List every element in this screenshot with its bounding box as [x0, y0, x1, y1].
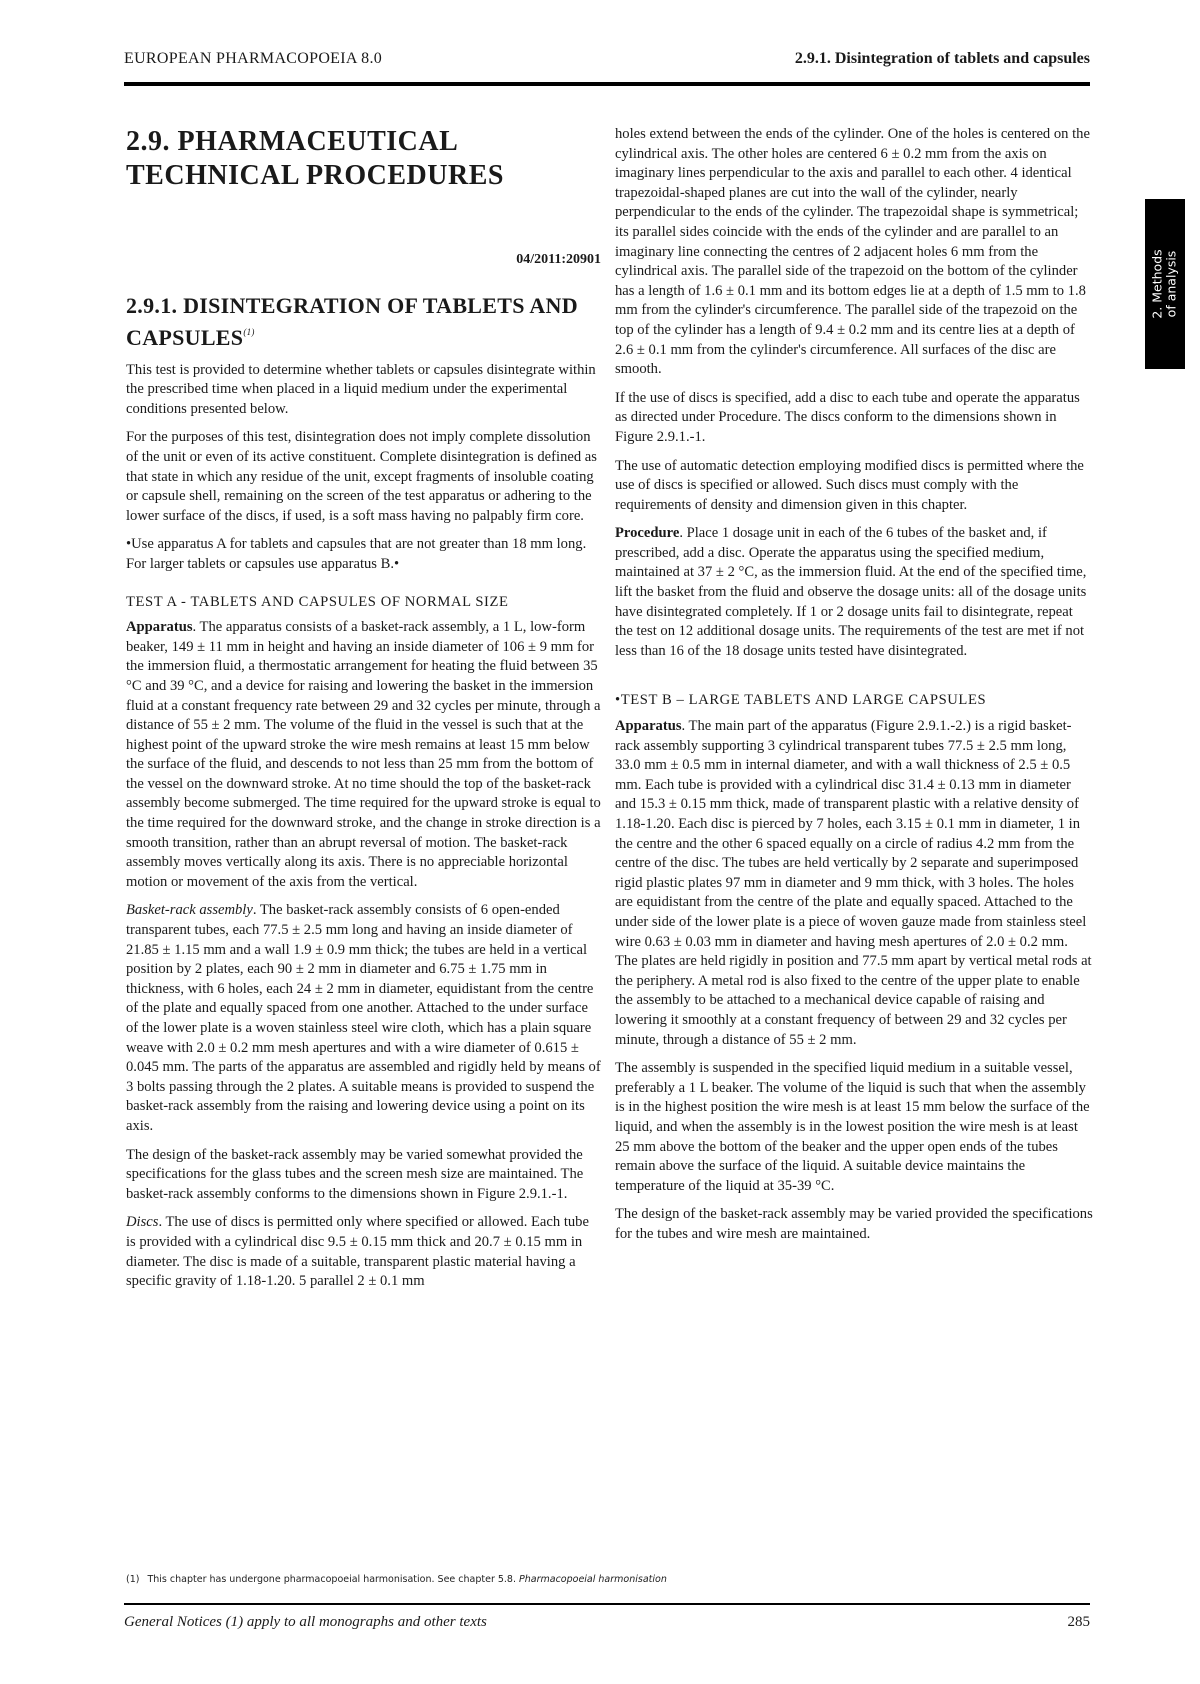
apparatus-b-paragraph: Apparatus. The main part of the apparatu… [615, 717, 1093, 1050]
test-a-heading: TEST A - TABLETS AND CAPSULES OF NORMAL … [126, 593, 601, 613]
basket-rack-label: Basket-rack assembly [126, 902, 253, 918]
footnote-text: This chapter has undergone pharmacopoeia… [147, 1574, 519, 1585]
side-tab-line-2: of analysis [1165, 249, 1179, 318]
publication-title: EUROPEAN PHARMACOPOEIA 8.0 [124, 50, 382, 68]
suspension-paragraph: The assembly is suspended in the specifi… [615, 1059, 1093, 1196]
discs-use-paragraph: If the use of discs is specified, add a … [615, 389, 1093, 448]
automatic-detection-paragraph: The use of automatic detection employing… [615, 457, 1093, 516]
footnote-italic-text: Pharmacopoeial harmonisation [519, 1574, 667, 1585]
disc-description-continued: holes extend between the ends of the cyl… [615, 125, 1093, 380]
page-footer: General Notices (1) apply to all monogra… [124, 1614, 1090, 1636]
section-title: 2.9.1. DISINTEGRATION OF TABLETS AND CAP… [126, 292, 601, 351]
general-notices-text: General Notices (1) apply to all monogra… [124, 1614, 487, 1631]
footer-rule [124, 1603, 1090, 1605]
page-number: 285 [1068, 1614, 1091, 1631]
left-column: 2.9. PHARMACEUTICAL TECHNICAL PROCEDURES… [126, 125, 601, 1301]
side-thumb-tab: 2. Methods of analysis [1145, 199, 1185, 369]
apparatus-paragraph: Apparatus. The apparatus consists of a b… [126, 618, 601, 892]
apparatus-b-label: Apparatus [615, 718, 682, 734]
apparatus-choice-paragraph: •Use apparatus A for tablets and capsule… [126, 535, 601, 574]
footnote-marker: (1) [243, 327, 254, 337]
discs-label: Discs [126, 1214, 158, 1230]
basket-rack-paragraph: Basket-rack assembly. The basket-rack as… [126, 901, 601, 1136]
procedure-paragraph: Procedure. Place 1 dosage unit in each o… [615, 524, 1093, 661]
design-paragraph: The design of the basket-rack assembly m… [126, 1146, 601, 1205]
test-b-heading: •TEST B – LARGE TABLETS AND LARGE CAPSUL… [615, 691, 1093, 711]
running-header: EUROPEAN PHARMACOPOEIA 8.0 2.9.1. Disint… [124, 48, 1090, 72]
monograph-reference-code: 04/2011:20901 [126, 250, 601, 270]
discs-paragraph: Discs. The use of discs is permitted onl… [126, 1213, 601, 1291]
section-running-title: 2.9.1. Disintegration of tablets and cap… [795, 50, 1090, 68]
footnote-number: (1) [126, 1574, 139, 1585]
procedure-label: Procedure [615, 525, 679, 541]
apparatus-label: Apparatus [126, 619, 193, 635]
chapter-title: 2.9. PHARMACEUTICAL TECHNICAL PROCEDURES [126, 125, 601, 193]
design-b-paragraph: The design of the basket-rack assembly m… [615, 1205, 1093, 1244]
definition-paragraph: For the purposes of this test, disintegr… [126, 428, 601, 526]
intro-paragraph: This test is provided to determine wheth… [126, 361, 601, 420]
right-column: holes extend between the ends of the cyl… [615, 125, 1093, 1253]
footnote: (1)This chapter has undergone pharmacopo… [126, 1574, 667, 1585]
header-rule [124, 82, 1090, 86]
